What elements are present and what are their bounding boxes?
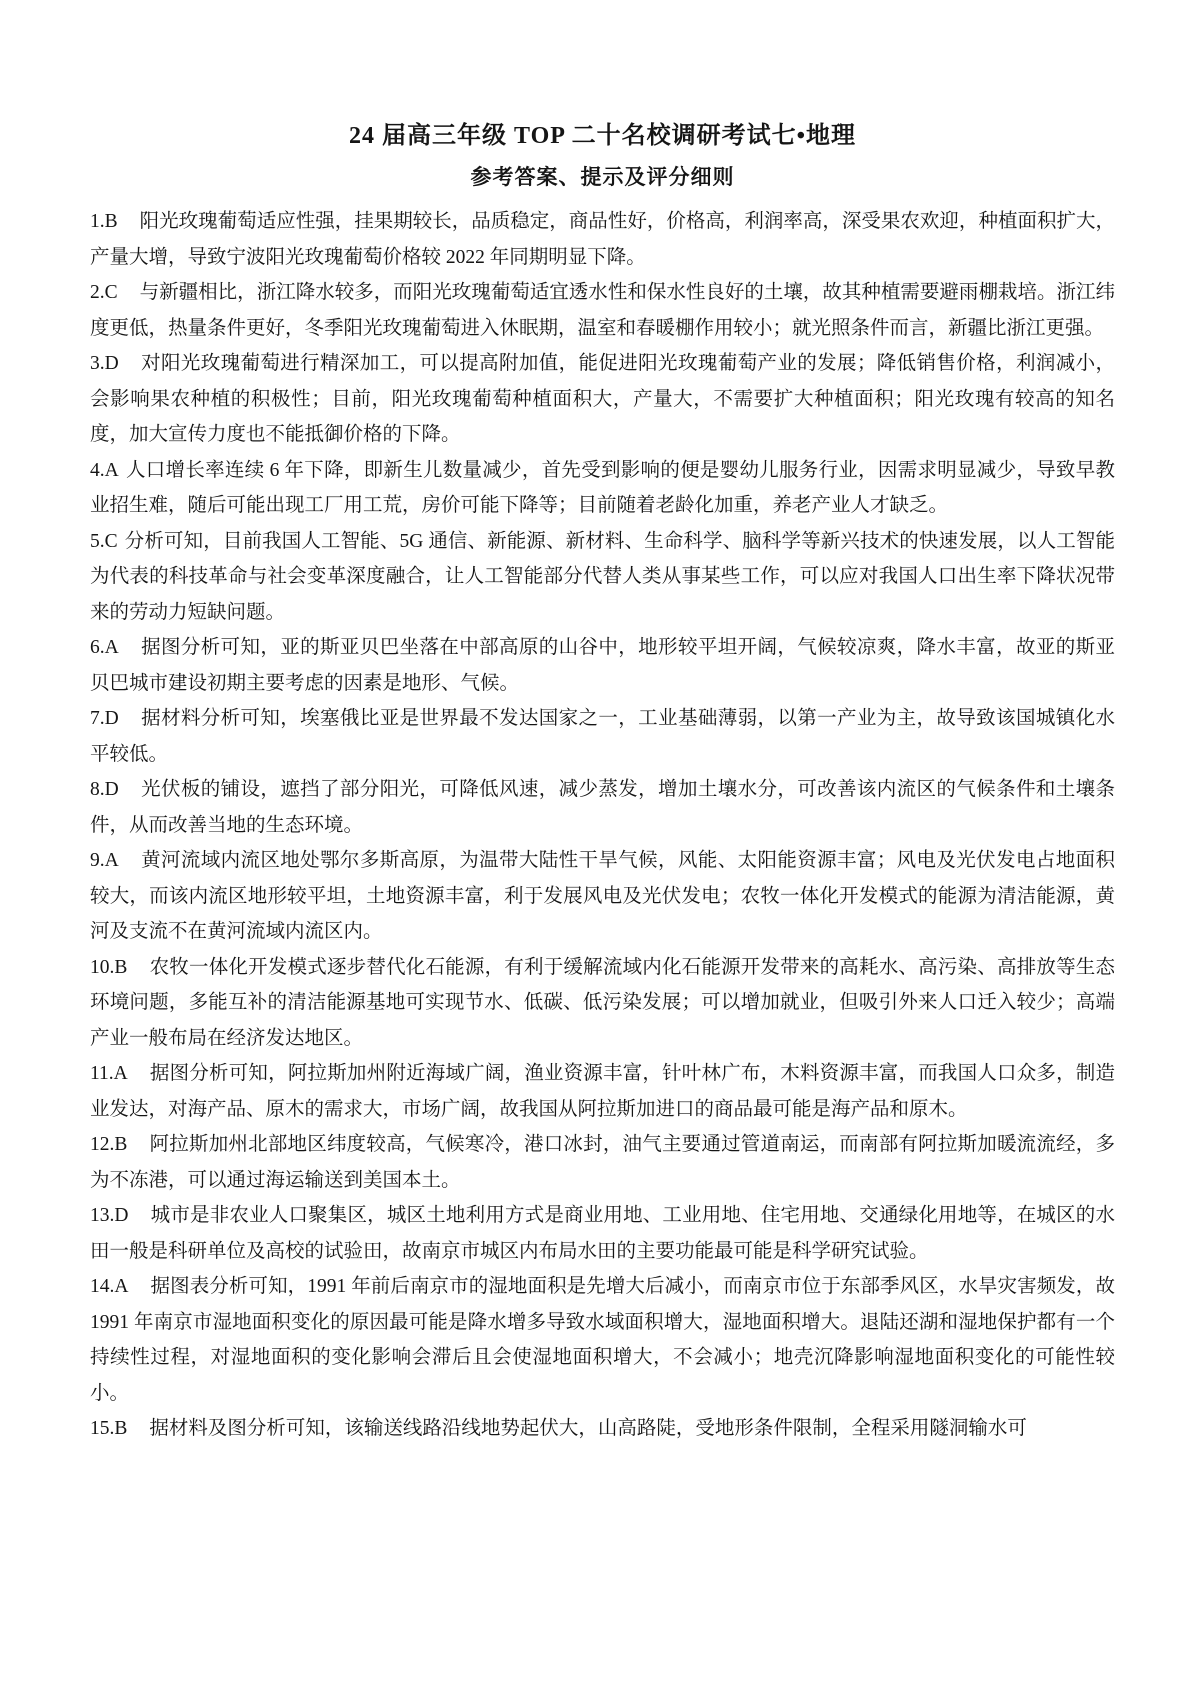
- answer-text: 据图分析可知，阿拉斯加州附近海域广阔，渔业资源丰富，针叶林广布，木料资源丰富，而…: [90, 1063, 1115, 1120]
- answer-number: 6.A: [90, 637, 119, 658]
- answer-item: 7.D据材料分析可知，埃塞俄比亚是世界最不发达国家之一，工业基础薄弱，以第一产业…: [90, 701, 1115, 772]
- answer-item: 13.D城市是非农业人口聚集区，城区土地利用方式是商业用地、工业用地、住宅用地、…: [90, 1198, 1115, 1269]
- answer-number: 14.A: [90, 1276, 128, 1297]
- answer-item: 4.A人口增长率连续 6 年下降，即新生儿数量减少，首先受到影响的便是婴幼儿服务…: [90, 453, 1115, 524]
- answer-text: 黄河流域内流区地处鄂尔多斯高原，为温带大陆性干旱气候，风能、太阳能资源丰富；风电…: [90, 850, 1115, 942]
- answer-item: 15.B据材料及图分析可知，该输送线路沿线地势起伏大，山高路陡，受地形条件限制，…: [90, 1411, 1115, 1447]
- answer-number: 4.A: [90, 460, 119, 481]
- answer-item: 11.A据图分析可知，阿拉斯加州附近海域广阔，渔业资源丰富，针叶林广布，木料资源…: [90, 1056, 1115, 1127]
- answer-item: 6.A据图分析可知，亚的斯亚贝巴坐落在中部高原的山谷中，地形较平坦开阔，气候较凉…: [90, 630, 1115, 701]
- answer-number: 15.B: [90, 1418, 127, 1439]
- answer-number: 12.B: [90, 1134, 127, 1155]
- answer-item: 12.B阿拉斯加州北部地区纬度较高，气候寒冷，港口冰封，油气主要通过管道南运，而…: [90, 1127, 1115, 1198]
- answer-text: 据材料分析可知，埃塞俄比亚是世界最不发达国家之一，工业基础薄弱，以第一产业为主，…: [90, 708, 1115, 765]
- answers-list: 1.B阳光玫瑰葡萄适应性强，挂果期较长，品质稳定，商品性好，价格高，利润率高，深…: [90, 204, 1115, 1447]
- page-subtitle: 参考答案、提示及评分细则: [90, 162, 1115, 192]
- answer-number: 8.D: [90, 779, 119, 800]
- answer-item: 8.D光伏板的铺设，遮挡了部分阳光，可降低风速，减少蒸发，增加土壤水分，可改善该…: [90, 772, 1115, 843]
- answer-text: 城市是非农业人口聚集区，城区土地利用方式是商业用地、工业用地、住宅用地、交通绿化…: [90, 1205, 1115, 1262]
- answer-number: 11.A: [90, 1063, 128, 1084]
- answer-number: 10.B: [90, 957, 127, 978]
- answer-item: 3.D对阳光玫瑰葡萄进行精深加工，可以提高附加值，能促进阳光玫瑰葡萄产业的发展；…: [90, 346, 1115, 453]
- answer-number: 2.C: [90, 282, 118, 303]
- answer-text: 阿拉斯加州北部地区纬度较高，气候寒冷，港口冰封，油气主要通过管道南运，而南部有阿…: [90, 1134, 1115, 1191]
- answer-text: 据材料及图分析可知，该输送线路沿线地势起伏大，山高路陡，受地形条件限制，全程采用…: [149, 1418, 1027, 1439]
- answer-item: 1.B阳光玫瑰葡萄适应性强，挂果期较长，品质稳定，商品性好，价格高，利润率高，深…: [90, 204, 1115, 275]
- answer-number: 13.D: [90, 1205, 128, 1226]
- answer-number: 7.D: [90, 708, 119, 729]
- answer-text: 分析可知，目前我国人工智能、5G 通信、新能源、新材料、生命科学、脑科学等新兴技…: [90, 531, 1115, 623]
- answer-text: 光伏板的铺设，遮挡了部分阳光，可降低风速，减少蒸发，增加土壤水分，可改善该内流区…: [90, 779, 1115, 836]
- answer-number: 3.D: [90, 353, 119, 374]
- answer-number: 1.B: [90, 211, 118, 232]
- answer-text: 据图分析可知，亚的斯亚贝巴坐落在中部高原的山谷中，地形较平坦开阔，气候较凉爽，降…: [90, 637, 1115, 694]
- answer-number: 5.C: [90, 531, 118, 552]
- document-page: 24 届高三年级 TOP 二十名校调研考试七•地理 参考答案、提示及评分细则 1…: [0, 0, 1200, 1698]
- answer-number: 9.A: [90, 850, 119, 871]
- answer-item: 10.B农牧一体化开发模式逐步替代化石能源，有利于缓解流域内化石能源开发带来的高…: [90, 950, 1115, 1057]
- page-title: 24 届高三年级 TOP 二十名校调研考试七•地理: [90, 118, 1115, 154]
- answer-item: 2.C与新疆相比，浙江降水较多，而阳光玫瑰葡萄适宜透水性和保水性良好的土壤，故其…: [90, 275, 1115, 346]
- answer-text: 阳光玫瑰葡萄适应性强，挂果期较长，品质稳定，商品性好，价格高，利润率高，深受果农…: [90, 211, 1115, 268]
- answer-text: 人口增长率连续 6 年下降，即新生儿数量减少，首先受到影响的便是婴幼儿服务行业，…: [90, 460, 1115, 517]
- answer-text: 农牧一体化开发模式逐步替代化石能源，有利于缓解流域内化石能源开发带来的高耗水、高…: [90, 957, 1115, 1049]
- answer-text: 对阳光玫瑰葡萄进行精深加工，可以提高附加值，能促进阳光玫瑰葡萄产业的发展；降低销…: [90, 353, 1115, 445]
- answer-text: 据图表分析可知，1991 年前后南京市的湿地面积是先增大后减小，而南京市位于东部…: [90, 1276, 1115, 1404]
- answer-text: 与新疆相比，浙江降水较多，而阳光玫瑰葡萄适宜透水性和保水性良好的土壤，故其种植需…: [90, 282, 1115, 339]
- answer-item: 14.A据图表分析可知，1991 年前后南京市的湿地面积是先增大后减小，而南京市…: [90, 1269, 1115, 1411]
- answer-item: 5.C分析可知，目前我国人工智能、5G 通信、新能源、新材料、生命科学、脑科学等…: [90, 524, 1115, 631]
- answer-item: 9.A黄河流域内流区地处鄂尔多斯高原，为温带大陆性干旱气候，风能、太阳能资源丰富…: [90, 843, 1115, 950]
